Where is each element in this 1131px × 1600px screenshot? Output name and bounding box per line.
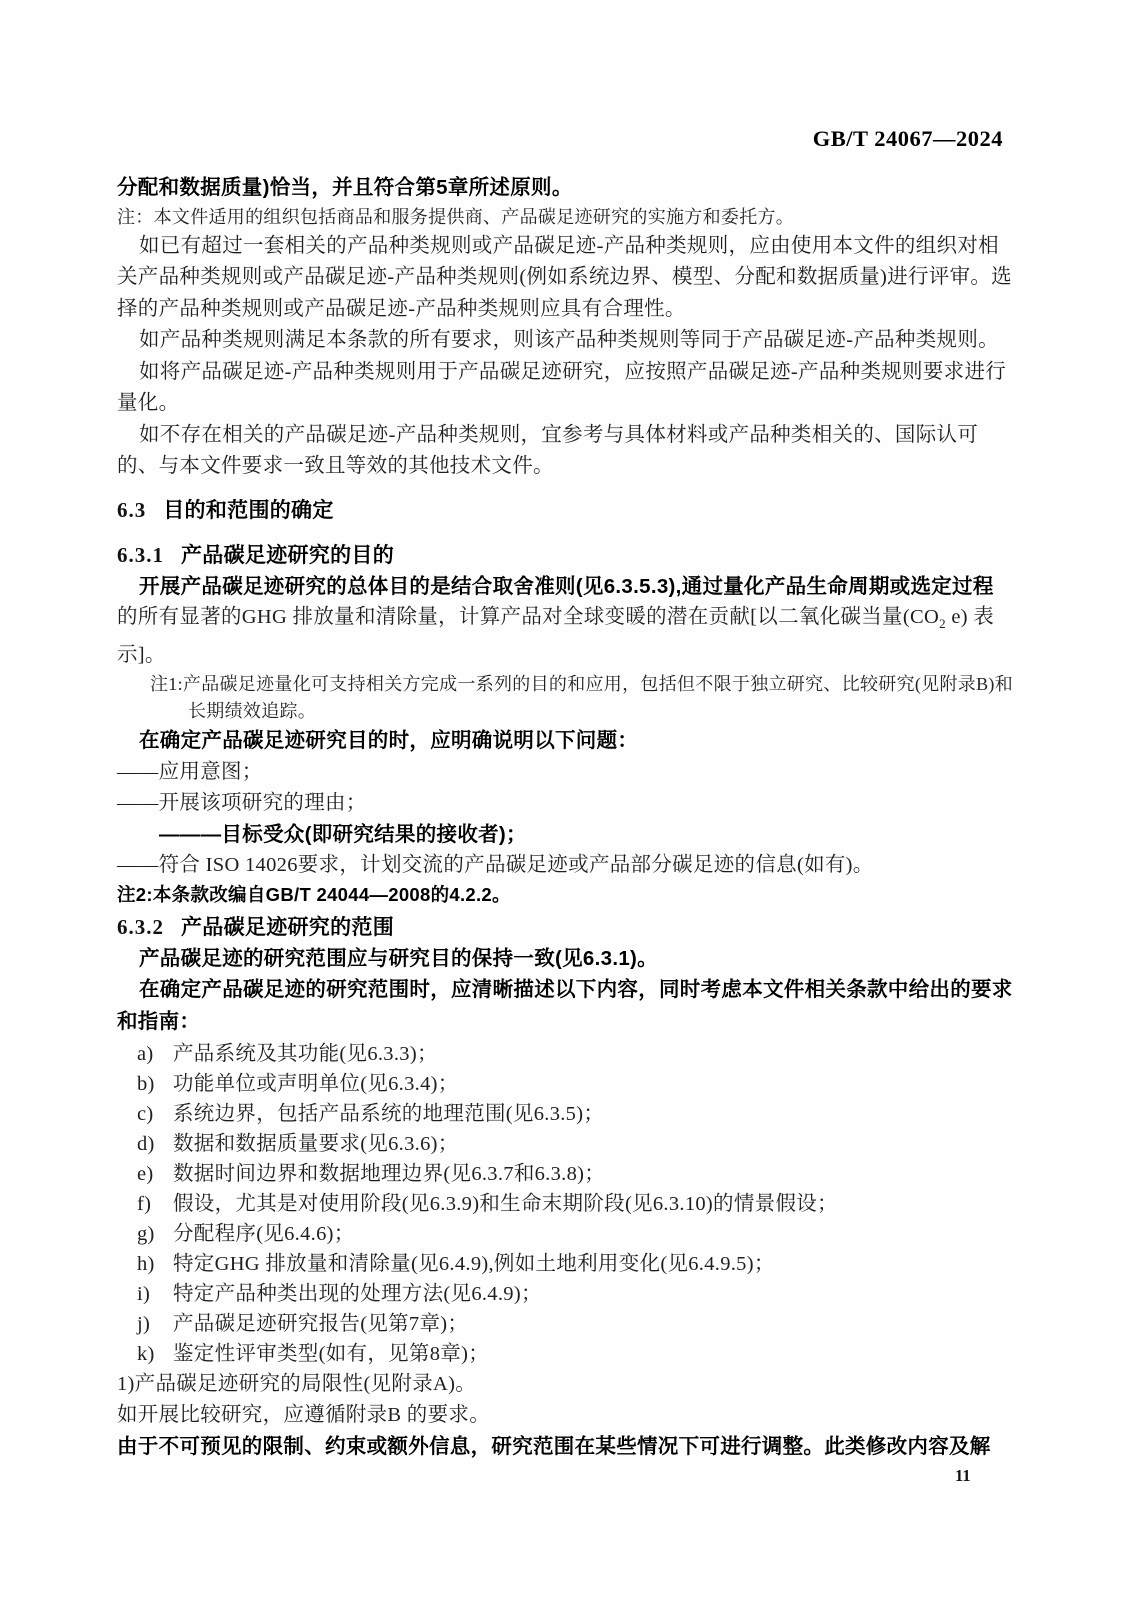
list-item-label: g) xyxy=(137,1219,173,1249)
paragraph-goal-questions: 在确定产品碳足迹研究目的时，应明确说明以下问题： xyxy=(117,725,1013,757)
list-item-label: f) xyxy=(137,1189,173,1219)
paragraph-goal-line1: 开展产品碳足迹研究的总体目的是结合取舍准则(见6.3.5.3),通过量化产品生命… xyxy=(117,571,1013,603)
section-heading-6-3-2: 6.3.2产品碳足迹研究的范围 xyxy=(117,912,1013,943)
section-heading-6-3: 6.3目的和范围的确定 xyxy=(117,495,1013,526)
document-page: GB/T 24067—2024 分配和数据质量)恰当，并且符合第5章所述原则。 … xyxy=(0,0,1131,1600)
dash-item-text: 开展该项研究的理由； xyxy=(159,792,367,814)
section-title: 产品碳足迹研究的目的 xyxy=(181,544,394,567)
paragraph-pcr-usage: 如将产品碳足迹-产品种类规则用于产品碳足迹研究，应按照产品碳足迹-产品种类规则要… xyxy=(117,357,1013,420)
list-item-label: i) xyxy=(137,1279,173,1309)
list-item-text: 数据和数据质量要求(见6.3.6)； xyxy=(173,1129,1013,1159)
note-1: 注1:产品碳足迹量化可支持相关方完成一系列的目的和应用，包括但不限于独立研究、比… xyxy=(117,671,1013,725)
paragraph-comparative-study: 如开展比较研究，应遵循附录B 的要求。 xyxy=(117,1400,1013,1431)
dash-item-iso-14026: ——符合 ISO 14026要求，计划交流的产品碳足迹或产品部分碳足迹的信息(如… xyxy=(117,850,1013,881)
page-number: 11 xyxy=(955,1466,971,1486)
list-item-f: f)假设，尤其是对使用阶段(见6.3.9)和生命末期阶段(见6.3.10)的情景… xyxy=(137,1189,1013,1219)
list-item-a: a)产品系统及其功能(见6.3.3)； xyxy=(137,1039,1013,1069)
list-item-g: g)分配程序(见6.4.6)； xyxy=(137,1219,1013,1249)
list-item-c: c)系统边界，包括产品系统的地理范围(见6.3.5)； xyxy=(137,1099,1013,1129)
section-number: 6.3.2 xyxy=(117,915,164,939)
list-item-text: 特定GHG 排放量和清除量(见6.4.9),例如土地利用变化(见6.4.9.5)… xyxy=(173,1249,1013,1279)
list-item-label: d) xyxy=(137,1129,173,1159)
list-item-i: i)特定产品种类出现的处理方法(见6.4.9)； xyxy=(137,1279,1013,1309)
list-item-b: b)功能单位或声明单位(见6.3.4)； xyxy=(137,1069,1013,1099)
goal-text-pre: 的所有显著的GHG 排放量和清除量，计算产品对全球变暖的潜在贡献[以二氧化碳当量… xyxy=(117,606,939,628)
paragraph-pcr-absence: 如不存在相关的产品碳足迹-产品种类规则，宜参考与具体材料或产品种类相关的、国际认… xyxy=(117,420,1013,483)
document-code-header: GB/T 24067—2024 xyxy=(813,126,1003,152)
list-item-label: h) xyxy=(137,1249,173,1279)
list-item-text: 产品碳足迹研究报告(见第7章)； xyxy=(173,1309,1013,1339)
list-item-text: 系统边界，包括产品系统的地理范围(见6.3.5)； xyxy=(173,1099,1013,1129)
list-item-j: j)产品碳足迹研究报告(见第7章)； xyxy=(137,1309,1013,1339)
dash: —— xyxy=(117,854,159,876)
paragraph-goal-line2: 的所有显著的GHG 排放量和清除量，计算产品对全球变暖的潜在贡献[以二氧化碳当量… xyxy=(117,602,1013,671)
paragraph-pcr-review: 如已有超过一套相关的产品种类规则或产品碳足迹-产品种类规则，应由使用本文件的组织… xyxy=(117,231,1013,326)
paragraph-scope-adjustment: 由于不可预见的限制、约束或额外信息，研究范围在某些情况下可进行调整。此类修改内容… xyxy=(117,1431,1013,1462)
dash-item-target-audience: ———目标受众(即研究结果的接收者)； xyxy=(159,819,1013,850)
dash: ——— xyxy=(159,823,221,846)
section-number: 6.3.1 xyxy=(117,543,164,567)
scope-item-list: a)产品系统及其功能(见6.3.3)； b)功能单位或声明单位(见6.3.4)；… xyxy=(117,1039,1013,1369)
list-item-text: 分配程序(见6.4.6)； xyxy=(173,1219,1013,1249)
list-item-l: 1)产品碳足迹研究的局限性(见附录A)。 xyxy=(117,1369,1013,1400)
note-1-text: 产品碳足迹量化可支持相关方完成一系列的目的和应用，包括但不限于独立研究、比较研究… xyxy=(183,674,1013,721)
dash: —— xyxy=(117,792,159,814)
section-heading-6-3-1: 6.3.1产品碳足迹研究的目的 xyxy=(117,540,1013,571)
page-content: 分配和数据质量)恰当，并且符合第5章所述原则。 注：本文件适用的组织包括商品和服… xyxy=(117,172,1013,1462)
list-item-k: k)鉴定性评审类型(如有，见第8章)； xyxy=(137,1339,1013,1369)
list-item-d: d)数据和数据质量要求(见6.3.6)； xyxy=(137,1129,1013,1159)
paragraph-pcr-equivalence: 如产品种类规则满足本条款的所有要求，则该产品种类规则等同于产品碳足迹-产品种类规… xyxy=(117,325,1013,357)
section-number: 6.3 xyxy=(117,498,146,522)
note-1-label: 注1: xyxy=(150,674,183,694)
section-title: 目的和范围的确定 xyxy=(163,499,333,522)
dash: —— xyxy=(117,761,159,783)
list-item-label: j) xyxy=(137,1309,173,1339)
dash-item-intended-application: ——应用意图； xyxy=(117,757,1013,788)
paragraph-scope-consistency: 产品碳足迹的研究范围应与研究目的保持一致(见6.3.1)。 xyxy=(117,943,1013,975)
paragraph-scope-description: 在确定产品碳足迹的研究范围时，应清晰描述以下内容，同时考虑本文件相关条款中给出的… xyxy=(117,974,1013,1037)
list-item-label: k) xyxy=(137,1339,173,1369)
note-line: 注：本文件适用的组织包括商品和服务提供商、产品碳足迹研究的实施方和委托方。 xyxy=(117,204,1013,231)
list-item-text: 数据时间边界和数据地理边界(见6.3.7和6.3.8)； xyxy=(173,1159,1013,1189)
list-item-label: c) xyxy=(137,1099,173,1129)
dash-item-text: 符合 ISO 14026要求，计划交流的产品碳足迹或产品部分碳足迹的信息(如有)… xyxy=(159,854,874,876)
list-item-text: 功能单位或声明单位(见6.3.4)； xyxy=(173,1069,1013,1099)
list-item-label: b) xyxy=(137,1069,173,1099)
section-title: 产品碳足迹研究的范围 xyxy=(181,916,394,939)
list-item-label: a) xyxy=(137,1039,173,1069)
list-item-text: 鉴定性评审类型(如有，见第8章)； xyxy=(173,1339,1013,1369)
list-item-text: 假设，尤其是对使用阶段(见6.3.9)和生命末期阶段(见6.3.10)的情景假设… xyxy=(173,1189,1013,1219)
list-item-e: e)数据时间边界和数据地理边界(见6.3.7和6.3.8)； xyxy=(137,1159,1013,1189)
dash-item-text: 应用意图； xyxy=(159,761,263,783)
clause-continuation-line: 分配和数据质量)恰当，并且符合第5章所述原则。 xyxy=(117,172,1013,204)
list-item-h: h)特定GHG 排放量和清除量(见6.4.9),例如土地利用变化(见6.4.9.… xyxy=(137,1249,1013,1279)
dash-item-text: 目标受众(即研究结果的接收者)； xyxy=(221,823,526,846)
list-item-text: 特定产品种类出现的处理方法(见6.4.9)； xyxy=(173,1279,1013,1309)
list-item-text: 产品系统及其功能(见6.3.3)； xyxy=(173,1039,1013,1069)
list-item-label: e) xyxy=(137,1159,173,1189)
dash-item-study-reason: ——开展该项研究的理由； xyxy=(117,788,1013,819)
co2-subscript: 2 xyxy=(939,616,946,631)
note-2: 注2:本条款改编自GB/T 24044—2008的4.2.2。 xyxy=(117,881,1013,908)
